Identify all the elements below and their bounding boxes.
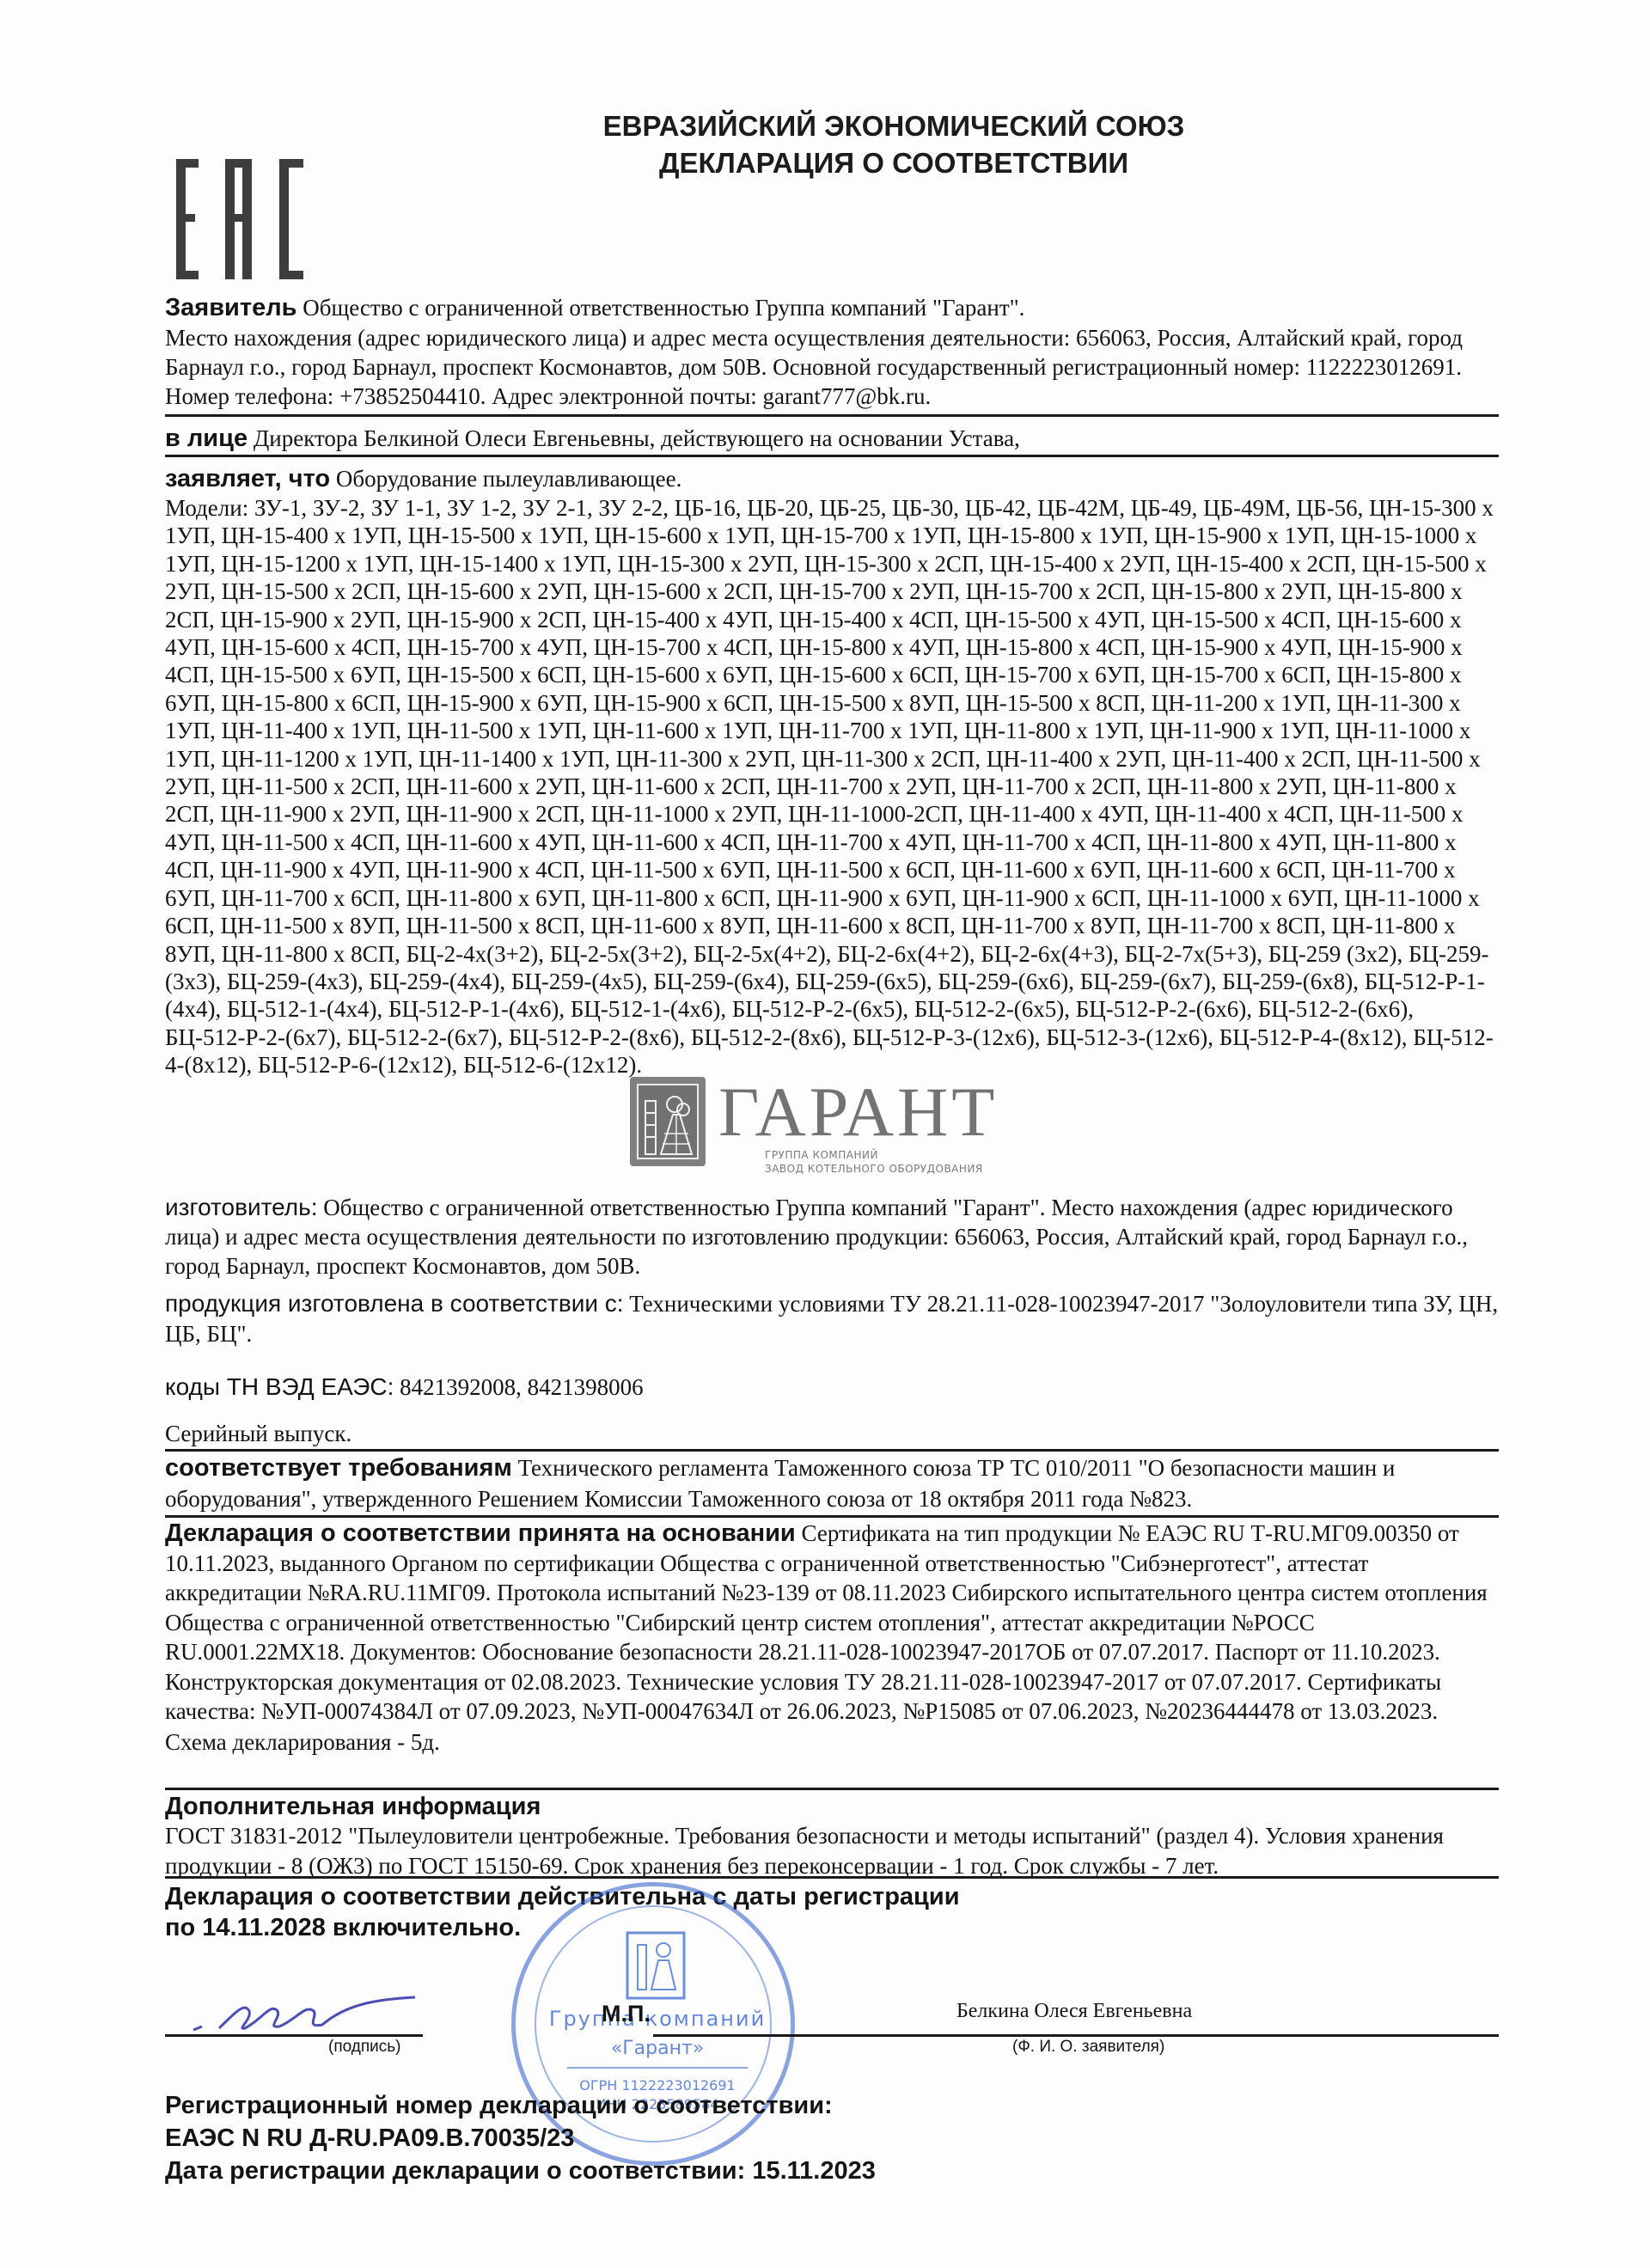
representative-section: в лице Директора Белкиной Олеси Евгеньев… (165, 425, 1499, 453)
representative-label: в лице (165, 425, 247, 452)
product-name: Оборудование пылеулавливающее. (330, 466, 681, 492)
validity-line1: Декларация о соответствии действительна … (165, 1883, 960, 1910)
representative-text: Директора Белкиной Олеси Евгеньевны, дей… (247, 425, 1020, 451)
declaration-page: ЕАС ЕВРАЗИЙСКИЙ ЭКОНОМИЧЕСКИЙ СОЮЗ ДЕКЛА… (0, 0, 1650, 2268)
applicant-address: Место нахождения (адрес юридического лиц… (165, 323, 1499, 411)
signature-caption: (подпись) (328, 2038, 400, 2057)
divider (165, 1515, 1499, 1518)
applicant-label: Заявитель (165, 294, 296, 321)
watermark-subtitle: ГРУППА КОМПАНИЙ ЗАВОД КОТЕЛЬНОГО ОБОРУДО… (765, 1148, 983, 1176)
garant-watermark-logo: ГАРАНТ ГРУППА КОМПАНИЙ ЗАВОД КОТЕЛЬНОГО … (630, 1077, 1042, 1189)
registration-date-row: Дата регистрации декларации о соответств… (165, 2155, 1499, 2187)
validity-line2: по 14.11.2028 включительно. (165, 1914, 521, 1941)
tn-ved-codes: 8421392008, 8421398006 (394, 1374, 643, 1400)
manufacturer-label: изготовитель: (165, 1194, 318, 1220)
registration-number: ЕАЭС N RU Д-RU.РА09.В.70035/23 (165, 2122, 1499, 2155)
seal-place-label: М.П. (602, 2001, 651, 2027)
declaration-scheme: Схема декларирования - 5д. (165, 1728, 1499, 1757)
divider (165, 1788, 1499, 1790)
stamp-company: Группа компаний (516, 2007, 799, 2031)
signature-line (165, 2034, 423, 2037)
tn-ved-section: коды ТН ВЭД ЕАЭС: 8421392008, 8421398006 (165, 1372, 1499, 1402)
registration-section: Регистрационный номер декларации о соотв… (165, 2089, 1499, 2187)
manufacturer-text: Общество с ограниченной ответственностью… (165, 1195, 1468, 1279)
stamp-brand: «Гарант» (516, 2038, 799, 2059)
basis-text: Сертификата на тип продукции № ЕАЭС RU Т… (165, 1520, 1488, 1724)
basis-label: Декларация о соответствии принята на осн… (165, 1519, 796, 1547)
basis-section: Декларация о соответствии принята на осн… (165, 1519, 1499, 1757)
conforms-label: соответствует требованиям (165, 1454, 512, 1482)
watermark-word: ГАРАНТ (718, 1077, 998, 1147)
models-list: Модели: ЗУ-1, ЗУ-2, ЗУ 1-1, ЗУ 1-2, ЗУ 2… (165, 494, 1499, 1079)
produced-per-label: продукция изготовлена в соответствии с: (165, 1290, 624, 1317)
additional-info-label: Дополнительная информация (165, 1793, 541, 1820)
name-line (653, 2034, 1499, 2037)
eac-logo-icon: ЕАС (176, 159, 322, 279)
release-section: Серийный выпуск. (165, 1420, 1499, 1448)
document-title: ДЕКЛАРАЦИЯ О СООТВЕТСТВИИ (412, 146, 1375, 180)
manufacturer-section: изготовитель: Общество с ограниченной от… (165, 1193, 1499, 1281)
signature-scribble-icon (185, 1985, 417, 2037)
registration-date: 15.11.2023 (752, 2157, 876, 2185)
produced-per-section: продукция изготовлена в соответствии с: … (165, 1288, 1499, 1349)
name-caption: (Ф. И. О. заявителя) (1012, 2038, 1164, 2057)
divider (165, 455, 1499, 457)
applicant-full-name: Белкина Олеся Евгеньевна (956, 2000, 1192, 2023)
divider (165, 414, 1499, 417)
release-type: Серийный выпуск. (165, 1420, 1499, 1448)
declares-section: заявляет, что Оборудование пылеулавливаю… (165, 464, 1499, 1079)
additional-info-section: Дополнительная информация ГОСТ 31831-201… (165, 1793, 1499, 1881)
stamp-logo-icon (626, 1931, 686, 2000)
declares-label: заявляет, что (165, 465, 330, 492)
union-title: ЕВРАЗИЙСКИЙ ЭКОНОМИЧЕСКИЙ СОЮЗ (412, 109, 1375, 144)
divider (165, 1876, 1499, 1879)
divider (165, 1449, 1499, 1452)
factory-icon (630, 1077, 706, 1166)
tn-ved-label: коды ТН ВЭД ЕАЭС: (165, 1373, 394, 1400)
applicant-name: Общество с ограниченной ответственностью… (296, 295, 1024, 321)
conforms-section: соответствует требованиям Технического р… (165, 1452, 1499, 1514)
applicant-section: Заявитель Общество с ограниченной ответс… (165, 293, 1499, 411)
additional-info-text: ГОСТ 31831-2012 "Пылеуловители центробеж… (165, 1821, 1499, 1881)
validity-section: Декларация о соответствии действительна … (165, 1881, 1499, 1943)
registration-number-label: Регистрационный номер декларации о соотв… (165, 2089, 1499, 2122)
